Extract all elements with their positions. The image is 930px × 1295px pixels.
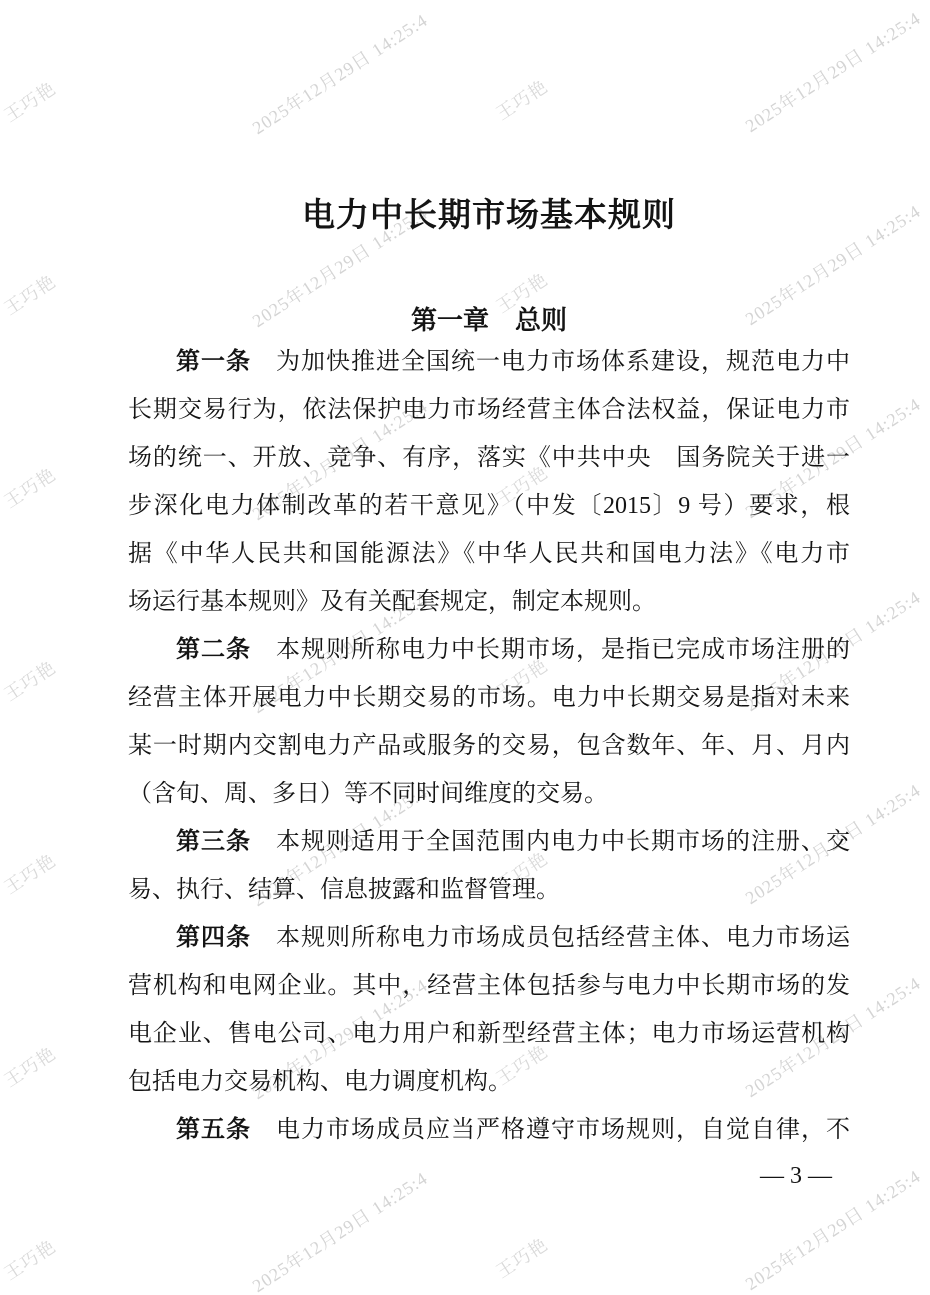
document-page: 王巧艳王巧艳2025年12月29日 14:25:42025年12月29日 14:… [0,0,930,1295]
body-line: 第四条 本规则所称电力市场成员包括经营主体、电力市场运 [128,914,850,962]
article-label: 第三条 [176,829,251,855]
body-line: 场的统一、开放、竞争、有序，落实《中共中央 国务院关于进一 [128,434,850,482]
watermark-name: 王巧艳 [1,851,59,897]
chapter-heading: 第一章 总则 [128,304,850,336]
watermark-name: 王巧艳 [493,1235,551,1281]
article-label: 第五条 [176,1117,251,1143]
body-line: 包括电力交易机构、电力调度机构。 [128,1058,850,1106]
line-text: 电力市场成员应当严格遵守市场规则，自觉自律，不 [251,1117,850,1143]
watermark-name: 王巧艳 [1,1044,59,1090]
paragraph-article-2: 第二条 本规则所称电力中长期市场，是指已完成市场注册的 经营主体开展电力中长期交… [128,626,850,818]
body-line: 电企业、售电公司、电力用户和新型经营主体；电力市场运营机构 [128,1010,850,1058]
document-content: 电力中长期市场基本规则 第一章 总则 第一条 为加快推进全国统一电力市场体系建设… [128,0,850,1188]
body-line: 营机构和电网企业。其中，经营主体包括参与电力中长期市场的发 [128,962,850,1010]
body-line: 第五条 电力市场成员应当严格遵守市场规则，自觉自律，不 [128,1106,850,1154]
body-line: 第二条 本规则所称电力中长期市场，是指已完成市场注册的 [128,626,850,674]
body-line: 场运行基本规则》及有关配套规定，制定本规则。 [128,578,850,626]
body-line: 易、执行、结算、信息披露和监督管理。 [128,866,850,914]
article-label: 第一条 [176,349,251,375]
line-text: 本规则所称电力中长期市场，是指已完成市场注册的 [251,637,850,663]
body-line: 第三条 本规则适用于全国范围内电力中长期市场的注册、交 [128,818,850,866]
article-label: 第四条 [176,925,251,951]
body-line: 长期交易行为，依法保护电力市场经营主体合法权益，保证电力市 [128,386,850,434]
article-label: 第二条 [176,637,251,663]
watermark-name: 王巧艳 [1,1237,59,1283]
line-text: 本规则适用于全国范围内电力中长期市场的注册、交 [251,829,850,855]
body-line: 步深化电力体制改革的若干意见》（中发〔2015〕9 号）要求，根 [128,482,850,530]
paragraph-article-4: 第四条 本规则所称电力市场成员包括经营主体、电力市场运 营机构和电网企业。其中，… [128,914,850,1106]
line-text: 为加快推进全国统一电力市场体系建设，规范电力中 [251,349,850,375]
page-number: — 3 — [128,1164,850,1188]
paragraph-article-5: 第五条 电力市场成员应当严格遵守市场规则，自觉自律，不 [128,1106,850,1154]
watermark-name: 王巧艳 [1,658,59,704]
watermark-name: 王巧艳 [1,465,59,511]
watermark-name: 王巧艳 [1,272,59,318]
paragraph-article-3: 第三条 本规则适用于全国范围内电力中长期市场的注册、交 易、执行、结算、信息披露… [128,818,850,914]
body-line: 第一条 为加快推进全国统一电力市场体系建设，规范电力中 [128,338,850,386]
watermark-name: 王巧艳 [1,79,59,125]
document-body: 第一条 为加快推进全国统一电力市场体系建设，规范电力中 长期交易行为，依法保护电… [128,338,850,1154]
paragraph-article-1: 第一条 为加快推进全国统一电力市场体系建设，规范电力中 长期交易行为，依法保护电… [128,338,850,626]
document-title: 电力中长期市场基本规则 [128,196,850,236]
body-line: 据《中华人民共和国能源法》《中华人民共和国电力法》《电力市 [128,530,850,578]
body-line: 某一时期内交割电力产品或服务的交易，包含数年、年、月、月内 [128,722,850,770]
body-line: 经营主体开展电力中长期交易的市场。电力中长期交易是指对未来 [128,674,850,722]
line-text: 本规则所称电力市场成员包括经营主体、电力市场运 [251,925,850,951]
body-line: （含旬、周、多日）等不同时间维度的交易。 [128,770,850,818]
